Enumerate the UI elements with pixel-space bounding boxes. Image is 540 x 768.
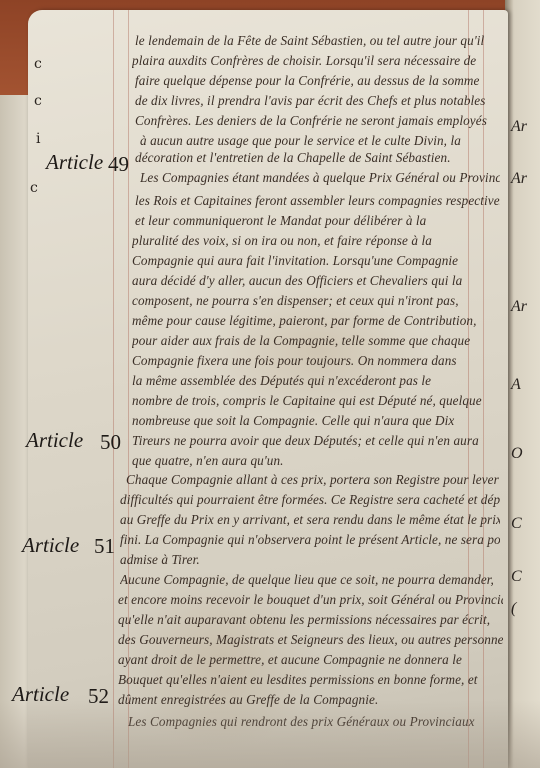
article-number: 51: [94, 534, 115, 559]
text-line: qu'elle n'ait auparavant obtenu les perm…: [118, 612, 503, 628]
article-number: 49: [108, 152, 129, 177]
text-line: plaira auxdits Confrères de choisir. Lor…: [132, 53, 497, 69]
text-line: pluralité des voix, si on ira ou non, et…: [132, 233, 497, 249]
text-line: Compagnie fixera une fois pour toujours.…: [132, 353, 497, 369]
text-line: au Greffe du Prix en y arrivant, et sera…: [120, 512, 500, 528]
margin-hook-mark: c: [30, 182, 40, 194]
margin-hook-mark: c: [34, 95, 44, 107]
text-line: à aucun autre usage que pour le service …: [140, 133, 495, 149]
text-line: la même assemblée des Députés qui n'excé…: [132, 373, 487, 389]
article-label: Article: [26, 428, 83, 453]
text-line: des Gouverneurs, Magistrats et Seigneurs…: [118, 632, 503, 648]
text-line: Les Compagnies étant mandées à quelque P…: [140, 170, 500, 186]
text-line: fini. La Compagnie qui n'observera point…: [120, 532, 500, 548]
text-line: Confrères. Les deniers de la Confrérie n…: [135, 113, 495, 129]
article-label: Article: [46, 150, 103, 175]
margin-rule: [113, 10, 114, 768]
margin-hook-mark: c: [34, 58, 44, 70]
text-line: Compagnie qui aura fait l'invitation. Lo…: [132, 253, 497, 269]
article-number: 50: [100, 430, 121, 455]
text-line: pour aider aux frais de la Compagnie, te…: [132, 333, 497, 349]
facing-page-mark: O: [511, 445, 523, 463]
margin-hook-mark: i: [36, 133, 46, 145]
facing-page-mark: Ar: [511, 170, 527, 188]
text-line: même pour cause légitime, paieront, par …: [132, 313, 497, 329]
facing-page-mark: C: [511, 568, 522, 586]
text-line: composent, ne pourra s'en dispenser; et …: [132, 293, 497, 309]
facing-page-mark: (: [511, 600, 516, 618]
facing-page-mark: A: [511, 376, 521, 394]
text-line: admise à Tirer.: [120, 552, 320, 568]
text-line: et leur communiqueront le Mandat pour dé…: [135, 213, 495, 229]
text-line: nombre de trois, compris le Capitaine qu…: [132, 393, 497, 409]
text-line: aura décidé d'y aller, aucun des Officie…: [132, 273, 497, 289]
text-line: ayant droit de le permettre, et aucune C…: [118, 652, 503, 668]
text-line: Aucune Compagnie, de quelque lieu que ce…: [120, 572, 505, 588]
facing-page-mark: Ar: [511, 298, 527, 316]
facing-page-mark: Ar: [511, 118, 527, 136]
text-line: décoration et l'entretien de la Chapelle…: [135, 150, 490, 166]
facing-page-mark: C: [511, 515, 522, 533]
text-line: que quatre, n'en aura qu'un.: [132, 453, 332, 469]
text-line: les Rois et Capitaines feront assembler …: [135, 193, 500, 209]
facing-page-edge: Ar Ar Ar A O C C (: [505, 0, 540, 768]
text-line: le lendemain de la Fête de Saint Sébasti…: [135, 33, 495, 49]
text-line: Chaque Compagnie allant à ces prix, port…: [126, 472, 501, 488]
text-line: Tireurs ne pourra avoir que deux Députés…: [132, 433, 497, 449]
text-line: difficultés qui pourraient être formées.…: [120, 492, 500, 508]
text-line: faire quelque dépense pour la Confrérie,…: [135, 73, 497, 89]
text-line: et encore moins recevoir le bouquet d'un…: [118, 592, 503, 608]
torn-page-edge: [0, 700, 540, 768]
text-line: nombreuse que soit la Compagnie. Celle q…: [132, 413, 497, 429]
text-line: de dix livres, il prendra l'avis par écr…: [135, 93, 500, 109]
article-label: Article: [22, 533, 79, 558]
text-line: Bouquet qu'elles n'aient eu lesdites per…: [118, 672, 498, 688]
